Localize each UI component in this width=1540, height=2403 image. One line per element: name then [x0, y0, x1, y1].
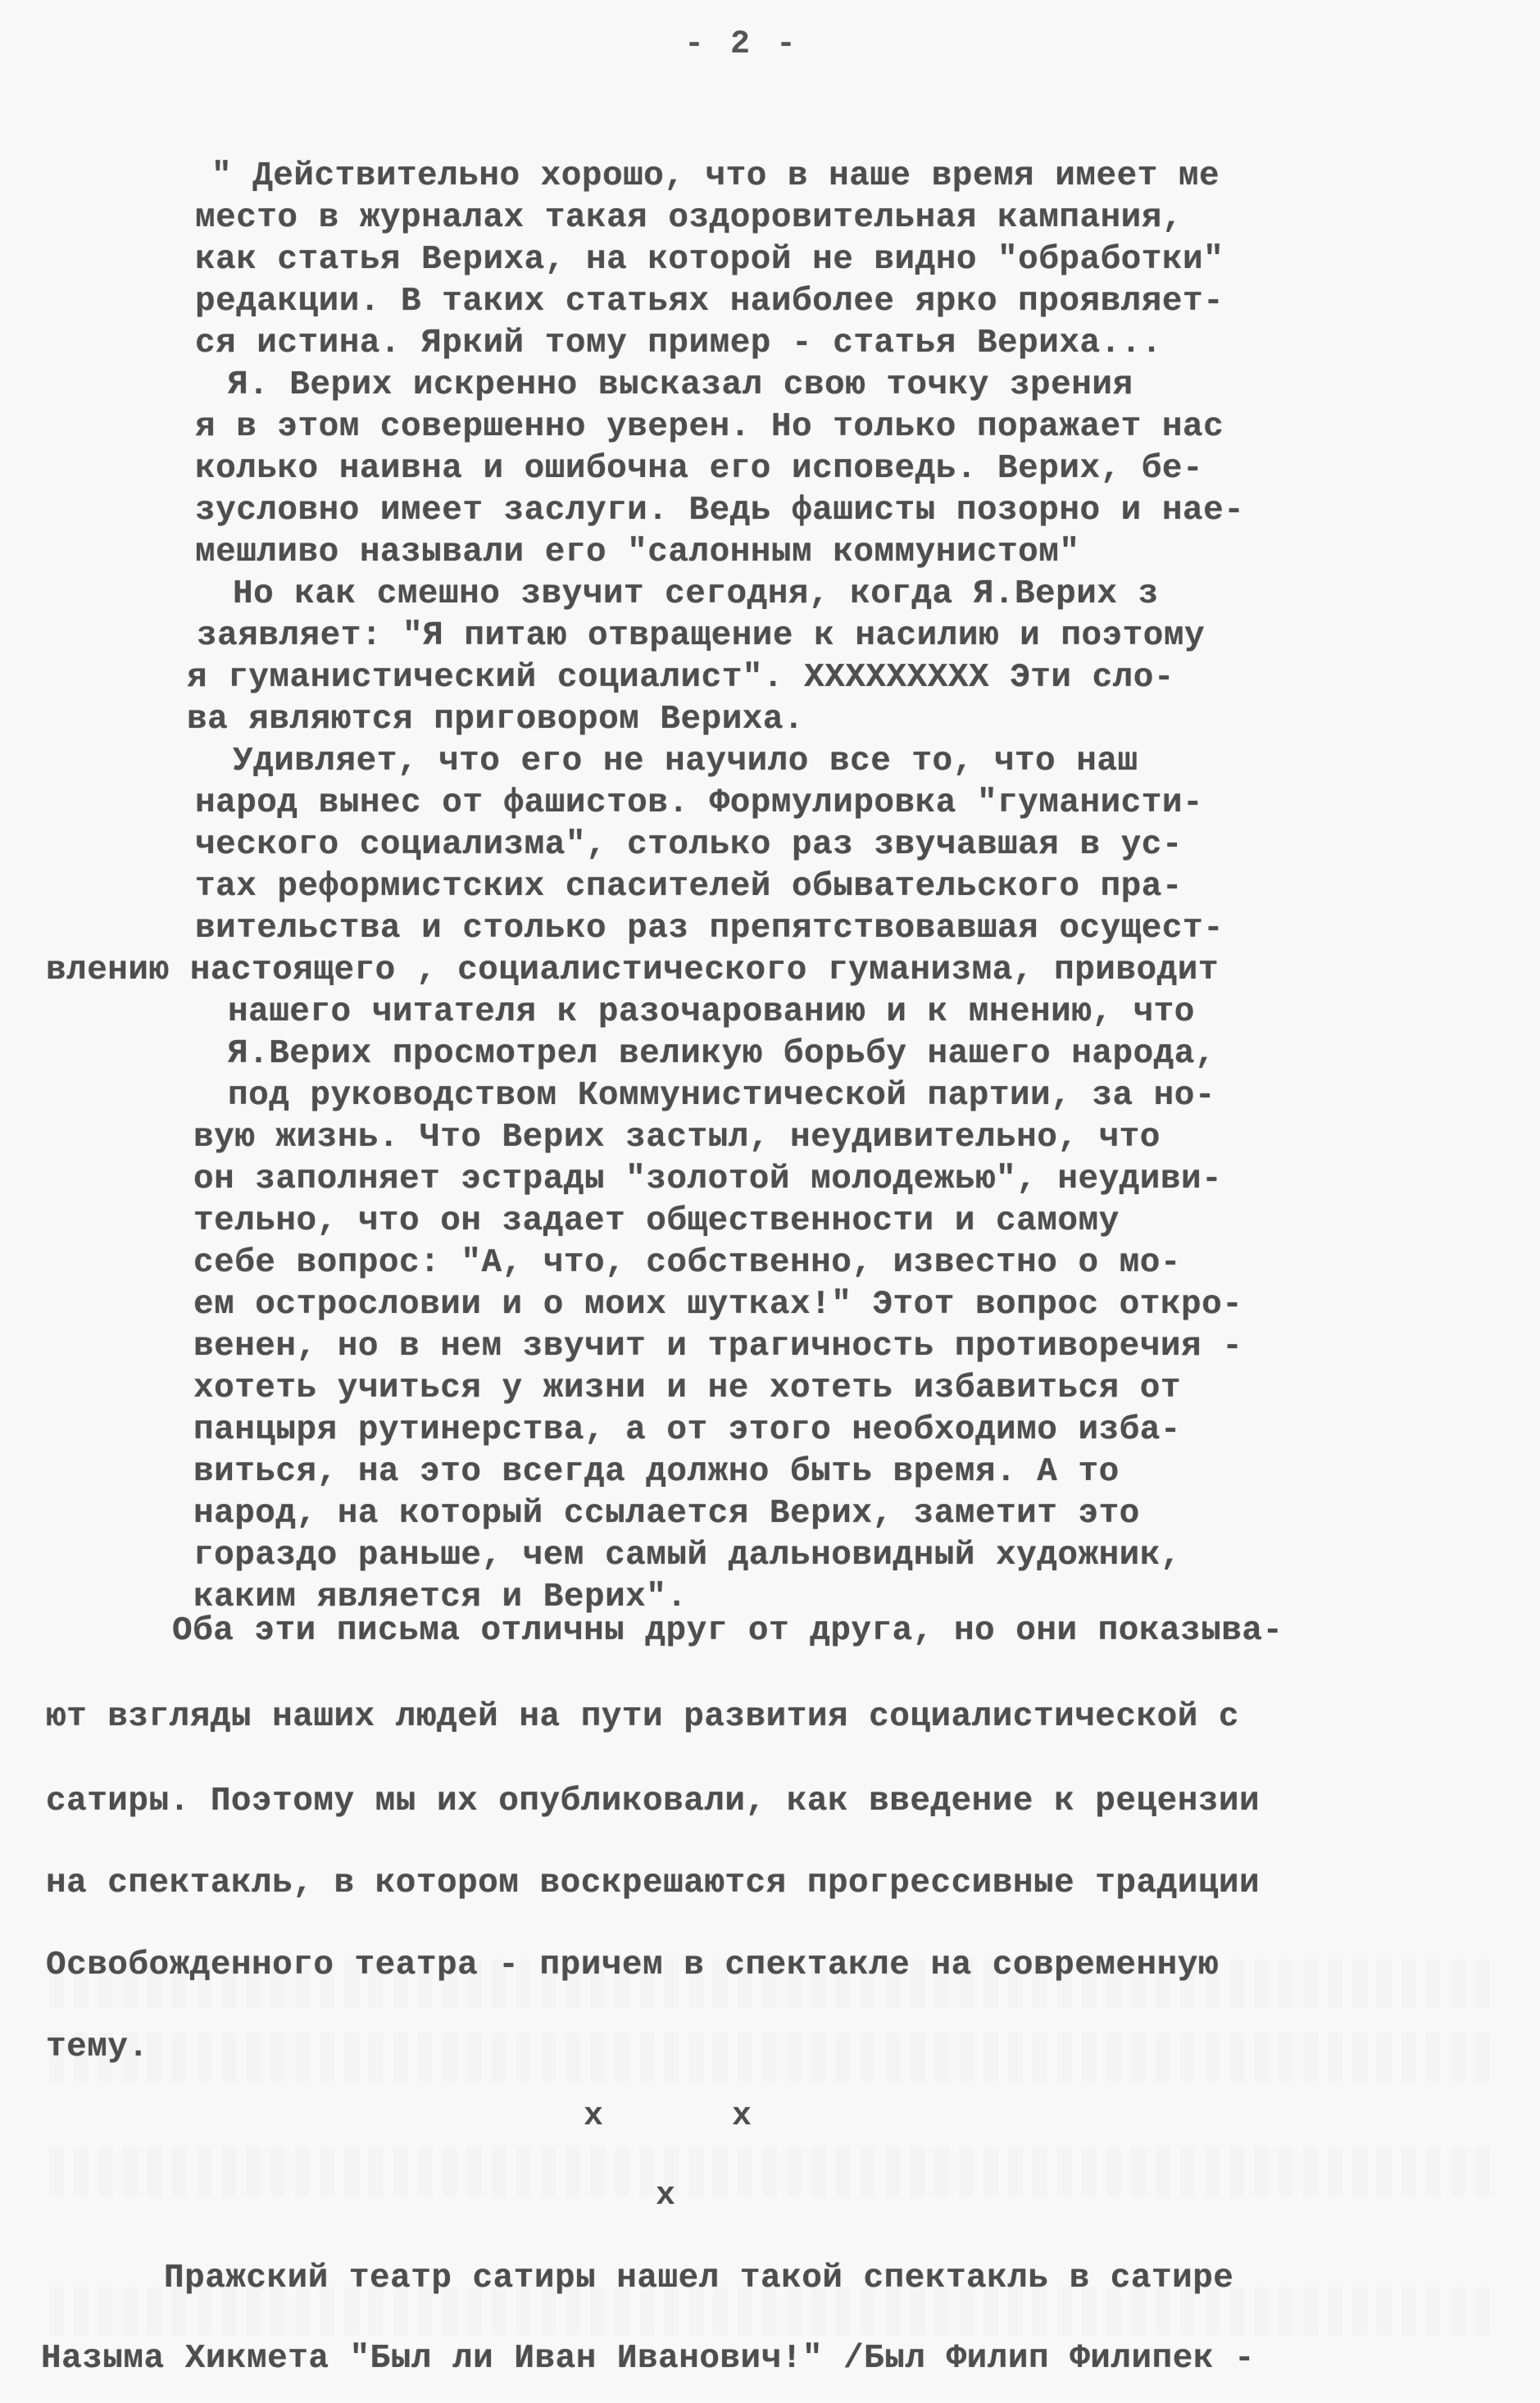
text-line: виться, на это всегда должно быть время.…	[193, 1451, 1120, 1492]
text-line: под руководством Коммунистической партии…	[228, 1075, 1215, 1116]
text-line: себе вопрос: "А, что, собственно, извест…	[193, 1242, 1181, 1283]
separator-mark: x	[656, 2178, 675, 2214]
text-line: как статья Вериха, на которой не видно "…	[195, 239, 1224, 280]
text-line: " Действительно хорошо, что в наше время…	[211, 156, 1220, 197]
text-line: сатиры. Поэтому мы их опубликовали, как …	[46, 1778, 1260, 1824]
text-line: я в этом совершенно уверен. Но только по…	[195, 407, 1224, 447]
text-line: на спектакль, в котором воскрешаются про…	[46, 1860, 1260, 1906]
text-line: панцыря рутинерства, а от этого необходи…	[193, 1410, 1181, 1451]
text-line: тему.	[46, 2024, 149, 2070]
text-line: я гуманистический социалист". XXXXXXXXX …	[187, 657, 1174, 698]
text-line: Я.Верих просмотрел великую борьбу нашего…	[228, 1033, 1215, 1074]
text-line: ем острословии и о моих шутках!" Этот во…	[193, 1284, 1242, 1325]
text-line: место в журналах такая оздоровительная к…	[195, 198, 1183, 238]
page-number: - 2 -	[0, 26, 1483, 63]
text-line: народ, на который ссылается Верих, замет…	[193, 1493, 1140, 1534]
text-line: Пражский театр сатиры нашел такой спекта…	[164, 2255, 1233, 2301]
text-line: ся истина. Яркий тому пример - статья Ве…	[195, 323, 1162, 364]
text-line: Я. Верих искренно высказал свою точку зр…	[228, 365, 1133, 406]
text-line: редакции. В таких статьях наиболее ярко …	[195, 281, 1224, 322]
document-page: - 2 - " Действительно хорошо, что в наше…	[0, 0, 1540, 2403]
text-line: ва являются приговором Вериха.	[187, 699, 804, 740]
text-line: Удивляет, что его не научило все то, что…	[233, 741, 1138, 782]
separator-mark: x	[732, 2098, 752, 2135]
text-line: хотеть учиться у жизни и не хотеть избав…	[193, 1368, 1181, 1409]
separator-mark: x	[584, 2098, 603, 2135]
text-line: он заполняет эстрады "золотой молодежью"…	[193, 1159, 1222, 1200]
text-line: народ вынес от фашистов. Формулировка "г…	[195, 783, 1203, 824]
text-line: заявляет: "Я питаю отвращение к насилию …	[197, 616, 1205, 656]
text-line: нашего читателя к разочарованию и к мнен…	[228, 992, 1195, 1033]
text-line: вительства и столько раз препятствовавша…	[195, 908, 1224, 949]
text-line: Освобожденного театра - причем в спектак…	[46, 1942, 1219, 1988]
text-line: Но как смешно звучит сегодня, когда Я.Ве…	[233, 574, 1159, 615]
text-line: зусловно имеет заслуги. Ведь фашисты поз…	[195, 490, 1244, 531]
text-line: тельно, что он задает общественности и с…	[193, 1201, 1120, 1242]
text-line: венен, но в нем звучит и трагичность про…	[193, 1326, 1242, 1367]
text-line: гораздо раньше, чем самый дальновидный х…	[193, 1535, 1181, 1576]
text-line: ческого социализма", столько раз звучавш…	[195, 824, 1183, 865]
text-line: Оба эти письма отличны друг от друга, но…	[172, 1608, 1283, 1654]
text-line: Назыма Хикмета "Был ли Иван Иванович!" /…	[41, 2336, 1255, 2382]
text-line: тах реформистских спасителей обывательск…	[195, 866, 1183, 907]
text-line: влению настоящего , социалистического гу…	[46, 950, 1219, 991]
text-line: колько наивна и ошибочна его исповедь. В…	[195, 448, 1203, 489]
text-line: вую жизнь. Что Верих застыл, неудивитель…	[193, 1117, 1161, 1158]
bleed-through-texture	[49, 2147, 1491, 2196]
text-line: мешливо называли его "салонным коммунист…	[195, 532, 1079, 573]
text-line: ют взгляды наших людей на пути развития …	[46, 1694, 1239, 1740]
bleed-through-texture	[49, 2033, 1491, 2082]
